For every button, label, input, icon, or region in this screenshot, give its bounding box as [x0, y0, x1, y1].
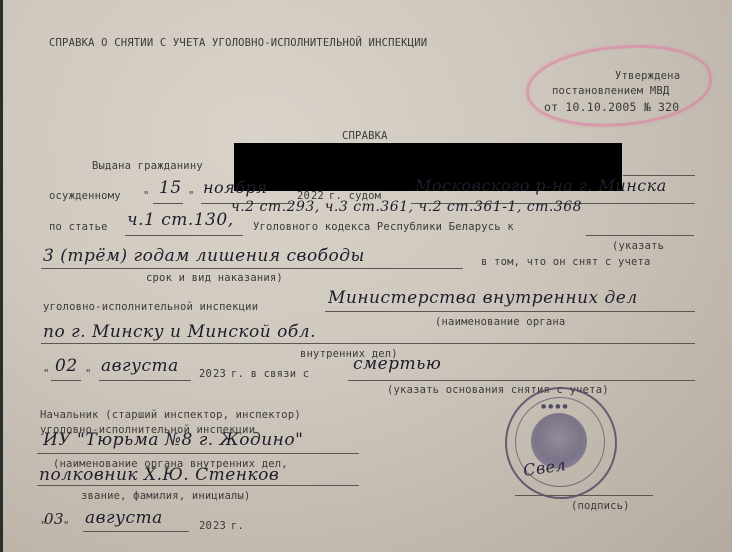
removed-reason-label: г. в связи с — [231, 368, 309, 380]
code-label: Уголовного кодекса Республики Беларусь к — [253, 221, 514, 233]
chief-label: Начальник (старший инспектор, инспектор) — [40, 409, 301, 421]
inspection-value-1: Министерства внутренних дел — [328, 288, 638, 308]
court-name: Московского р-на г. Минска — [415, 176, 667, 195]
rank-hint: звание, фамилия, инициалы) — [81, 490, 251, 502]
removed-day: 02 — [55, 356, 78, 376]
convicted-label: осужденному — [49, 190, 121, 202]
sentence-hint: срок и вид наказания) — [146, 272, 283, 284]
article-value: ч.1 ст.130, — [127, 210, 234, 230]
rank-value: полковник Х.Ю. Стенков — [39, 465, 279, 485]
inspection-hint-1: (наименование органа — [435, 316, 565, 328]
removed-year-prefix: 20 — [199, 368, 212, 380]
document-title: СПРАВКА — [342, 130, 388, 142]
approval-line-2: постановлением МВД — [552, 85, 669, 97]
date-year-suffix: 23 — [213, 520, 226, 532]
signature-hint: (подпись) — [571, 500, 630, 512]
inspection-label: уголовно-исполнительной инспекции — [43, 301, 258, 313]
date-day: 03 — [44, 510, 64, 528]
removed-year-suffix: 23 — [213, 368, 226, 380]
article-label: по статье — [49, 221, 108, 233]
date-year-label: г. — [231, 520, 244, 532]
removed-month: августа — [101, 356, 179, 376]
inspection-value-2: по г. Минску и Минской обл. — [43, 322, 316, 342]
articles-extra: ч.2 ст.293, ч.3 ст.361, ч.2 ст.361-1, ст… — [231, 199, 582, 215]
removed-text: в том, что он снят с учета — [481, 256, 651, 268]
approval-line-3: от 10.10.2005 № 320 — [544, 100, 679, 114]
org-value: ИУ "Тюрьма №8 г. Жодино" — [43, 430, 303, 450]
date-year-prefix: 20 — [199, 520, 212, 532]
document-header: СПРАВКА О СНЯТИИ С УЧЕТА УГОЛОВНО-ИСПОЛН… — [49, 37, 427, 49]
convicted-month: ноября — [203, 178, 267, 197]
convicted-day: 15 — [159, 178, 182, 198]
date-month: августа — [85, 508, 163, 528]
indicate-label: (указать — [612, 240, 664, 252]
document-page: СПРАВКА О СНЯТИИ С УЧЕТА УГОЛОВНО-ИСПОЛН… — [3, 0, 732, 552]
approval-line-1: Утверждена — [615, 70, 680, 82]
removed-reason-value: смертью — [353, 354, 441, 374]
issued-to-label: Выдана гражданину — [92, 160, 203, 172]
sentence-value: 3 (трём) годам лишения свободы — [43, 246, 365, 266]
